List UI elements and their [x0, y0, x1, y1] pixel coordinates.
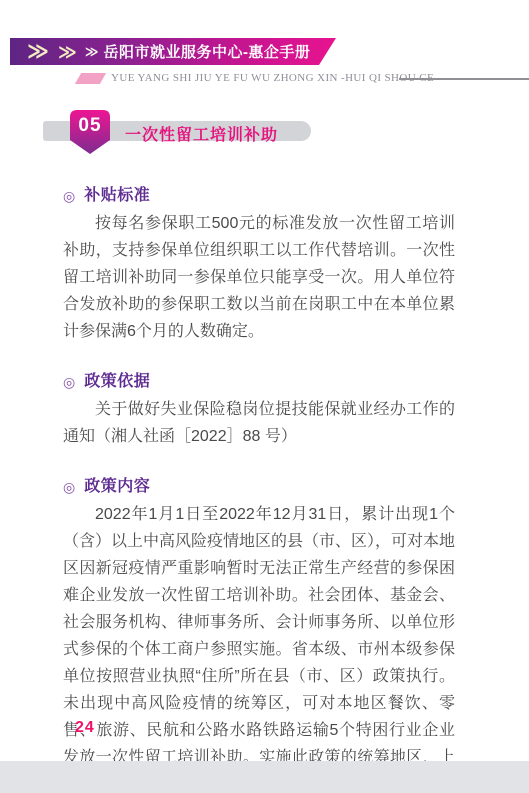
- block-subsidy-standard: ◎ 补贴标准 按每名参保职工500元的标准发放一次性留工培训补助，支持参保单位组…: [63, 185, 455, 345]
- block-heading: ◎ 补贴标准: [63, 185, 455, 207]
- chevron-icon: ≫: [27, 41, 49, 62]
- block-body: 关于做好失业保险稳岗位提技能保就业经办工作的通知（湘人社函［2022］88 号）: [63, 396, 455, 450]
- block-policy-content: ◎ 政策内容 2022年1月1日至2022年12月31日，累计出现1个（含）以上…: [63, 476, 455, 793]
- chevron-icon: ≫: [85, 45, 99, 58]
- content-area: ◎ 补贴标准 按每名参保职工500元的标准发放一次性留工培训补助，支持参保单位组…: [63, 185, 455, 793]
- ring-bullet-icon: ◎: [63, 371, 75, 393]
- page-number: 24: [75, 719, 95, 737]
- handbook-title: 岳阳市就业服务中心-惠企手册: [103, 41, 310, 62]
- handbook-page: ≫ ≫ ≫ 岳阳市就业服务中心-惠企手册 YUE YANG SHI JIU YE…: [0, 0, 529, 793]
- block-body: 按每名参保职工500元的标准发放一次性留工培训补助，支持参保单位组织职工以工作代…: [63, 210, 455, 345]
- pink-parallelogram-icon: [75, 73, 106, 84]
- divider-line: [399, 78, 529, 80]
- section-number: 05: [70, 115, 110, 137]
- ring-bullet-icon: ◎: [63, 476, 75, 498]
- section-number-badge: 05: [70, 110, 110, 154]
- block-heading-label: 补贴标准: [84, 185, 150, 207]
- block-heading-label: 政策依据: [84, 371, 150, 393]
- block-heading: ◎ 政策内容: [63, 476, 455, 498]
- footer-band: [0, 761, 529, 793]
- header-banner: ≫ ≫ ≫ 岳阳市就业服务中心-惠企手册: [10, 38, 336, 65]
- chevron-icon: ≫: [58, 43, 77, 61]
- block-heading: ◎ 政策依据: [63, 371, 455, 393]
- ring-bullet-icon: ◎: [63, 185, 75, 207]
- section-title: 一次性留工培训补助: [125, 122, 278, 145]
- block-body: 2022年1月1日至2022年12月31日，累计出现1个（含）以上中高风险疫情地…: [63, 501, 455, 793]
- handbook-subtitle-pinyin: YUE YANG SHI JIU YE FU WU ZHONG XIN -HUI…: [111, 72, 434, 84]
- block-heading-label: 政策内容: [84, 476, 150, 498]
- block-policy-basis: ◎ 政策依据 关于做好失业保险稳岗位提技能保就业经办工作的通知（湘人社函［202…: [63, 371, 455, 450]
- subtitle-row: YUE YANG SHI JIU YE FU WU ZHONG XIN -HUI…: [0, 70, 529, 88]
